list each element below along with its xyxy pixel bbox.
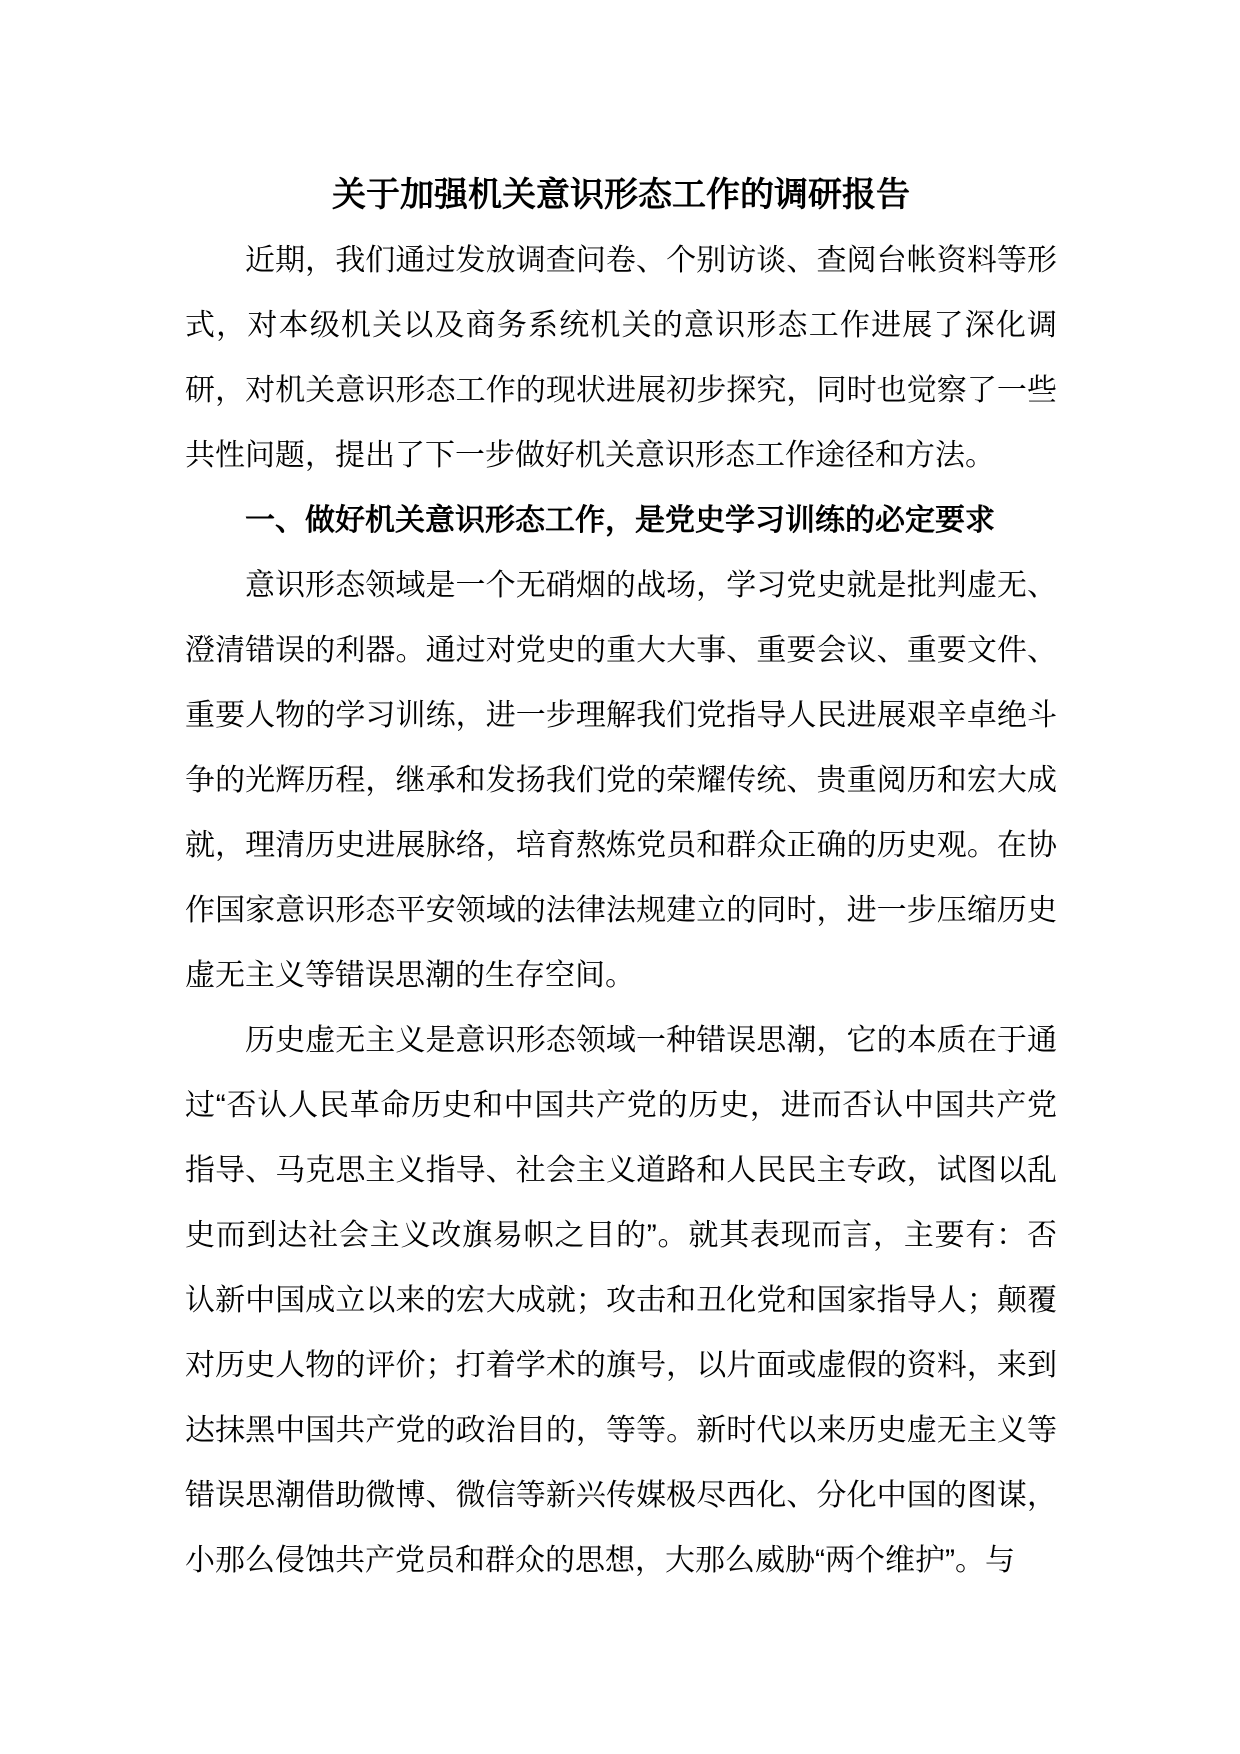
section-heading-1: 一、做好机关意识形态工作，是党史学习训练的必定要求	[185, 488, 1057, 553]
paragraph-historical-nihilism: 历史虚无主义是意识形态领域一种错误思潮，它的本质在于通过“否认人民革命历史和中国…	[185, 1008, 1057, 1593]
paragraph-party-history: 意识形态领域是一个无硝烟的战场，学习党史就是批判虚无、澄清错误的利器。通过对党史…	[185, 553, 1057, 1008]
document-page: 关于加强机关意识形态工作的调研报告 近期，我们通过发放调查问卷、个别访谈、查阅台…	[0, 0, 1240, 1754]
document-title: 关于加强机关意识形态工作的调研报告	[185, 163, 1057, 228]
paragraph-intro: 近期，我们通过发放调查问卷、个别访谈、查阅台帐资料等形式，对本级机关以及商务系统…	[185, 228, 1057, 488]
document-content: 关于加强机关意识形态工作的调研报告 近期，我们通过发放调查问卷、个别访谈、查阅台…	[185, 163, 1057, 1593]
